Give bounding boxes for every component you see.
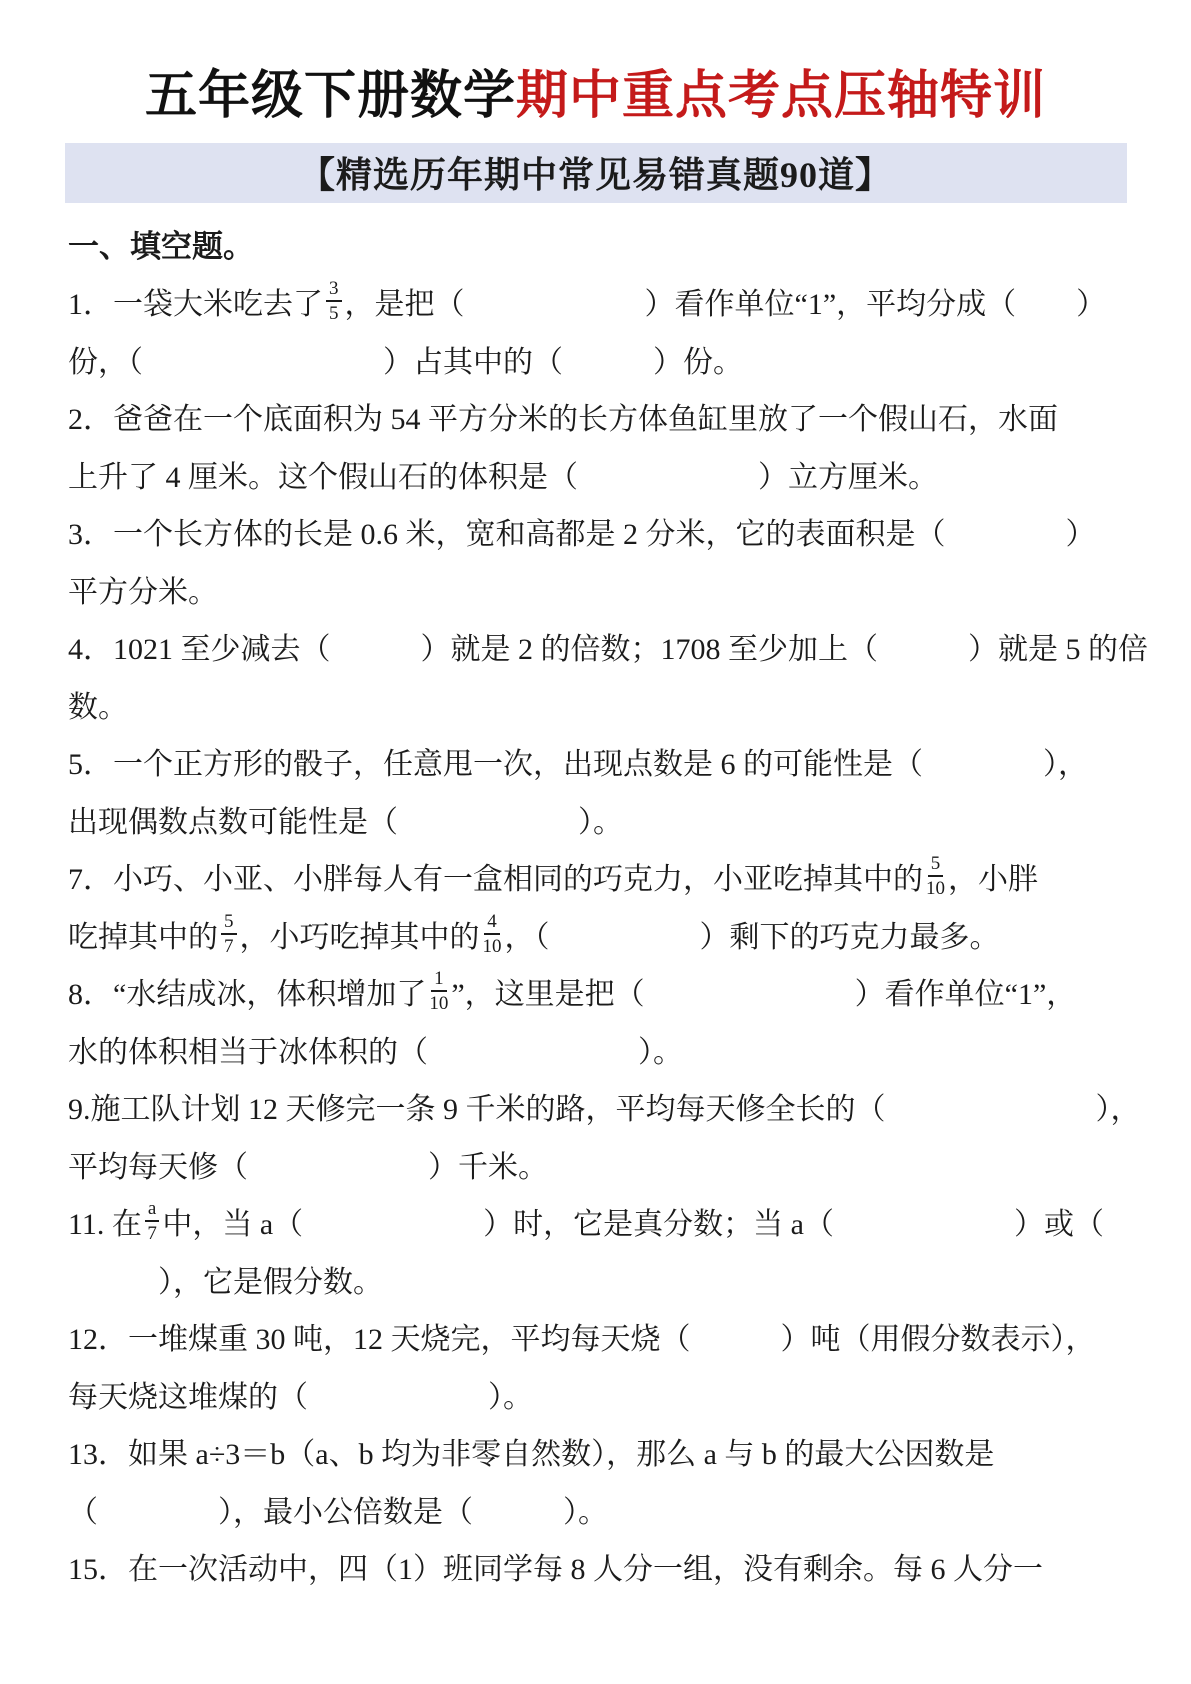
subtitle-banner-text: 【精选历年期中常见易错真题90道】 [299,147,892,198]
fraction-numerator: 3 [326,279,342,302]
fraction-denominator: 7 [147,1222,157,1243]
question-line: 7．小巧、小亚、小胖每人有一盒相同的巧克力，小亚吃掉其中的510，小胖 [68,848,1129,906]
question-line: 12．一堆煤重 30 吨，12 天烧完，平均每天烧（ ）吨（用假分数表示）， [68,1308,1129,1366]
question-line: 上升了 4 厘米。这个假山石的体积是（ ）立方厘米。 [68,445,1129,503]
question-text: 7．小巧、小亚、小胖每人有一盒相同的巧克力，小亚吃掉其中的 [68,854,923,898]
question-text: ，小胖 [948,854,1038,898]
question-line: 9.施工队计划 12 天修完一条 9 千米的路，平均每天修全长的（ ）， [68,1078,1129,1136]
question-text: 5．一个正方形的骰子，任意甩一次，出现点数是 6 的可能性是（ ）， [68,739,1088,783]
fraction-numerator: 1 [431,969,447,992]
question-line: 平方分米。 [68,560,1129,618]
fraction-denominator: 10 [429,992,448,1013]
question-text: 11. 在 [68,1199,142,1243]
question-text: 吃掉其中的 [68,912,218,956]
question-line: 4．1021 至少减去（ ）就是 2 的倍数；1708 至少加上（ ）就是 5 … [68,618,1129,676]
question-line: 出现偶数点数可能性是（ ）。 [68,790,1129,848]
question-text: 出现偶数点数可能性是（ ）。 [68,797,623,841]
question-line: 2．爸爸在一个底面积为 54 平方分米的长方体鱼缸里放了一个假山石，水面 [68,388,1129,446]
question-text: ”，这里是把（ ）看作单位“1”， [451,969,1076,1013]
question-text: 中，当 a（ ）时，它是真分数；当 a（ ）或（ [162,1199,1104,1243]
question-line: 11. 在a7中，当 a（ ）时，它是真分数；当 a（ ）或（ [68,1193,1129,1251]
question-text: 水的体积相当于冰体积的（ ）。 [68,1027,683,1071]
question-line: 8．“水结成冰，体积增加了110”，这里是把（ ）看作单位“1”， [68,963,1129,1021]
question-text: 15．在一次活动中，四（1）班同学每 8 人分一组，没有剩余。每 6 人分一 [68,1544,1043,1588]
question-text: 上升了 4 厘米。这个假山石的体积是（ ）立方厘米。 [68,452,938,496]
question-text: 份，（ ）占其中的（ ）份。 [68,337,743,381]
question-text: 每天烧这堆煤的（ ）。 [68,1372,533,1416]
fraction: 110 [429,969,448,1013]
question-text: ，小巧吃掉其中的 [240,912,480,956]
subtitle-banner: 【精选历年期中常见易错真题90道】 [65,143,1127,203]
question-text: ），它是假分数。 [68,1257,383,1301]
section-heading: 一、填空题。 [68,215,1129,273]
question-text: 4．1021 至少减去（ ）就是 2 的倍数；1708 至少加上（ ）就是 5 … [68,624,1148,668]
fraction: 57 [221,912,237,956]
fraction-numerator: a [145,1199,159,1222]
fraction: a7 [145,1199,159,1243]
question-line: 3．一个长方体的长是 0.6 米，宽和高都是 2 分米，它的表面积是（ ） [68,503,1129,561]
question-text: 12．一堆煤重 30 吨，12 天烧完，平均每天烧（ ）吨（用假分数表示）， [68,1314,1096,1358]
question-line: 吃掉其中的57，小巧吃掉其中的410，（ ）剩下的巧克力最多。 [68,905,1129,963]
question-text: 平均每天修（ ）千米。 [68,1142,548,1186]
question-text: 2．爸爸在一个底面积为 54 平方分米的长方体鱼缸里放了一个假山石，水面 [68,394,1058,438]
fraction-denominator: 5 [329,302,339,323]
question-line: 份，（ ）占其中的（ ）份。 [68,330,1129,388]
question-text: 平方分米。 [68,567,218,611]
worksheet-page: 五年级下册数学期中重点考点压轴特训 【精选历年期中常见易错真题90道】 一、填空… [0,0,1191,1684]
question-line: 1．一袋大米吃去了35，是把（ ）看作单位“1”，平均分成（ ） [68,273,1129,331]
question-line: 每天烧这堆煤的（ ）。 [68,1365,1129,1423]
question-text: （ ），最小公倍数是（ ）。 [68,1487,608,1531]
fraction-denominator: 10 [926,877,945,898]
question-text: 8．“水结成冰，体积增加了 [68,969,426,1013]
question-line: （ ），最小公倍数是（ ）。 [68,1480,1129,1538]
question-line: 15．在一次活动中，四（1）班同学每 8 人分一组，没有剩余。每 6 人分一 [68,1538,1129,1596]
question-line: 13．如果 a÷3＝b（a、b 均为非零自然数），那么 a 与 b 的最大公因数… [68,1423,1129,1481]
question-line: 5．一个正方形的骰子，任意甩一次，出现点数是 6 的可能性是（ ）， [68,733,1129,791]
question-text: 数。 [68,682,128,726]
fraction-denominator: 7 [224,935,234,956]
question-text: 3．一个长方体的长是 0.6 米，宽和高都是 2 分米，它的表面积是（ ） [68,509,1096,553]
question-line: ），它是假分数。 [68,1250,1129,1308]
question-text: 9.施工队计划 12 天修完一条 9 千米的路，平均每天修全长的（ ）， [68,1084,1141,1128]
question-lines: 1．一袋大米吃去了35，是把（ ）看作单位“1”，平均分成（ ）份，（ ）占其中… [68,273,1129,1596]
questions-content: 一、填空题。 1．一袋大米吃去了35，是把（ ）看作单位“1”，平均分成（ ）份… [68,215,1129,1596]
fraction-numerator: 5 [928,854,944,877]
fraction-denominator: 10 [483,935,502,956]
question-text: ，（ ）剩下的巧克力最多。 [505,912,1000,956]
question-line: 平均每天修（ ）千米。 [68,1135,1129,1193]
question-line: 水的体积相当于冰体积的（ ）。 [68,1020,1129,1078]
fraction: 35 [326,279,342,323]
fraction-numerator: 4 [484,912,500,935]
fraction: 510 [926,854,945,898]
fraction-numerator: 5 [221,912,237,935]
page-title-red: 期中重点考点压轴特训 [516,68,1046,125]
question-text: 13．如果 a÷3＝b（a、b 均为非零自然数），那么 a 与 b 的最大公因数… [68,1429,994,1473]
question-line: 数。 [68,675,1129,733]
page-title-black: 五年级下册数学 [145,68,516,125]
fraction: 410 [483,912,502,956]
question-text: ，是把（ ）看作单位“1”，平均分成（ ） [345,279,1107,323]
question-text: 1．一袋大米吃去了 [68,279,323,323]
page-title: 五年级下册数学期中重点考点压轴特训 [0,0,1191,125]
